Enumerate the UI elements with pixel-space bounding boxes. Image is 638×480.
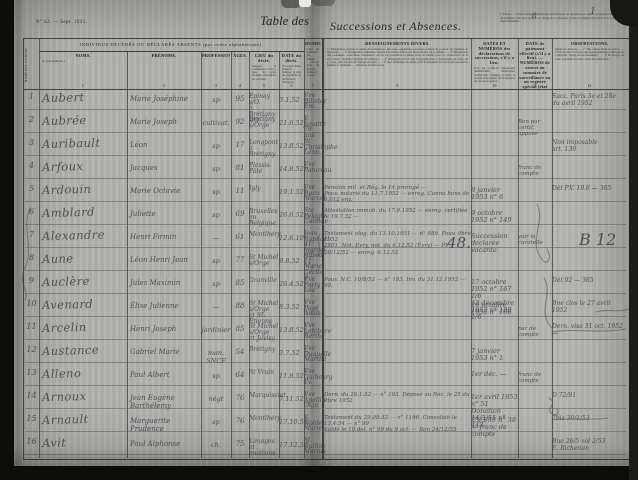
ruled-line bbox=[325, 293, 626, 294]
cell-nom: Arcelin bbox=[39, 319, 130, 335]
column-header-date: DATE du décès.S'il s'agit d'une absence,… bbox=[280, 51, 303, 89]
cell-n: 1 bbox=[24, 92, 39, 101]
cell-date: 14.8.52 bbox=[279, 165, 304, 173]
cell-dates: 9 octobre 1952 n° 149 bbox=[471, 210, 518, 224]
cell-n: 3 bbox=[24, 138, 39, 147]
cell-prenoms: Marie Joseph bbox=[127, 118, 204, 126]
ruled-line bbox=[25, 362, 321, 363]
ruled-line bbox=[25, 408, 321, 409]
cell-n: 16 bbox=[24, 437, 39, 446]
cell-domicile: Vve Duquelle Marthe bbox=[304, 346, 322, 363]
cell-prenoms: Léon bbox=[127, 141, 204, 149]
column-header-note: Pour les certificats (mutations) immatri… bbox=[472, 66, 517, 84]
register-title-left: Table des bbox=[260, 13, 309, 29]
cell-domicile: Vve Patureau bbox=[304, 162, 322, 173]
cell-age: 61 bbox=[231, 233, 249, 241]
cell-prenoms: Juliette bbox=[127, 210, 204, 218]
cell-obs: D 72/91 bbox=[552, 393, 627, 400]
cell-nom: Avenard bbox=[39, 296, 130, 312]
ruled-line bbox=[325, 109, 626, 110]
cell-nom: Aubrée bbox=[39, 112, 130, 128]
cell-age: 95 bbox=[231, 95, 249, 103]
cell-date: 7.11.52 bbox=[279, 395, 304, 403]
column-footnote-number: 4 bbox=[232, 84, 248, 88]
cell-date: 17.10.52 bbox=[279, 418, 304, 426]
column-header-label: PROFESSIONS. bbox=[202, 54, 230, 59]
cell-prof: jardinier bbox=[201, 326, 231, 334]
cell-prof: sp bbox=[201, 188, 231, 196]
cell-prenoms: Gabriel Marie bbox=[127, 348, 204, 356]
cell-rens: Pouv. N.C. 10/8/52 — n° 183. Inv. du 31.… bbox=[324, 277, 471, 289]
ruled-line bbox=[325, 408, 626, 409]
cell-age: 17 bbox=[231, 141, 249, 149]
cell-n: 11 bbox=[24, 322, 39, 331]
column-header-prof: PROFESSIONS.3 bbox=[202, 51, 230, 89]
column-header-dates: DATES ET NUMÉROS des déclarations de suc… bbox=[472, 39, 517, 89]
ruled-line bbox=[25, 178, 321, 179]
cell-domicile: Vve Page Anaïs bbox=[304, 300, 322, 317]
column-header-obs: OBSERVATIONS.Mentions diverses : — 1° De… bbox=[553, 39, 626, 89]
cell-prof: — bbox=[201, 303, 231, 311]
cell-domicile: Vve Forty Léa bbox=[304, 277, 322, 294]
cell-prof: sp bbox=[201, 96, 231, 104]
cell-age: 11 bbox=[231, 187, 249, 195]
cell-date: 13.8.52 bbox=[279, 326, 304, 334]
cell-prof: — bbox=[201, 234, 231, 242]
column-footnote-number: 6 bbox=[280, 84, 303, 88]
cell-lieu: Brétigny bbox=[249, 347, 279, 353]
cell-age: 64 bbox=[231, 371, 249, 379]
column-footnote-number: 1 bbox=[40, 84, 126, 88]
cell-domicile: V. Noblet Marie bbox=[304, 415, 322, 432]
cell-dates: 7 janvier 1953 n° 1 bbox=[471, 348, 518, 362]
cell-paiement: franc de compte bbox=[518, 372, 552, 384]
column-header-label: DATE du décès. bbox=[280, 54, 303, 64]
ruled-line bbox=[25, 339, 321, 340]
column-header-label: LIEU du décès. bbox=[250, 54, 278, 64]
cell-nom: Arnoux bbox=[39, 388, 130, 404]
ruled-line bbox=[325, 224, 626, 225]
cell-age: 77 bbox=[231, 256, 249, 264]
column-header-label: ÂGES. bbox=[232, 54, 248, 59]
cell-prenoms: Léon Henri Jean bbox=[127, 256, 204, 264]
cell-prof: cultivat. bbox=[201, 119, 231, 127]
cell-lieu: St Michel s/Orge bbox=[249, 255, 279, 267]
cell-prof: sp bbox=[201, 280, 231, 288]
cell-lieu: Brétigny s/Orge bbox=[249, 117, 279, 129]
column-footnote-number: 5 bbox=[250, 84, 278, 88]
cell-prof: sp bbox=[201, 211, 231, 219]
cell-n: 7 bbox=[24, 230, 39, 239]
cell-prof: négt bbox=[201, 395, 231, 403]
left-table: INDIVIDUS DÉCÉDÉS OU DÉCLARÉS ABSENTS (p… bbox=[23, 38, 323, 460]
ruled-line bbox=[325, 431, 626, 432]
cell-prof: sp bbox=[201, 418, 231, 426]
cell-dates: 29 octobre 1952 n° 166 bbox=[471, 302, 518, 316]
cell-prenoms: Paul Albert bbox=[127, 371, 204, 379]
cell-lieu: Marquiselet bbox=[249, 393, 279, 399]
cell-n: 10 bbox=[24, 299, 39, 308]
cell-date: 13.8.52 bbox=[279, 142, 304, 150]
cell-domicile: C— bbox=[304, 254, 322, 260]
ruled-line bbox=[325, 155, 626, 156]
cell-age: 76 bbox=[231, 394, 249, 402]
column-header-paiement: DATE de paiement effectif (s'il y a lieu… bbox=[519, 39, 551, 89]
column-footnote-number: 10 bbox=[472, 84, 517, 88]
cell-dates: 8 janvier 1953 n° 6 bbox=[471, 187, 518, 201]
column-header-note: Lieu du domicile du défunt. — S'il est h… bbox=[305, 47, 321, 79]
ruled-line bbox=[25, 224, 321, 225]
cell-nom: Arnault bbox=[39, 411, 130, 427]
column-footnote-number: 2 bbox=[128, 84, 200, 88]
column-header-prenoms: PRÉNOMS.2 bbox=[128, 51, 200, 89]
cell-domicile: Ste Pélagie Corinne bbox=[304, 208, 322, 225]
cell-age: 92 bbox=[231, 118, 249, 126]
column-header-nom: NOMS.(et pour mémoire.)1 bbox=[40, 51, 126, 89]
cell-age: 69 bbox=[231, 210, 249, 218]
cell-rens: Attestation immob. du 17.9.1952 — enreg.… bbox=[324, 208, 471, 220]
printed-nota: (*) Nota. — Pour l'enregistrement des dé… bbox=[500, 13, 622, 24]
cell-n: 5 bbox=[24, 184, 39, 193]
cell-n: 4 bbox=[24, 161, 39, 170]
ruled-line bbox=[325, 316, 626, 317]
cell-prenoms: Jules Maximin bbox=[127, 279, 204, 287]
cell-date: 9.8.52 bbox=[279, 257, 304, 265]
column-header-label: PRÉNOMS. bbox=[128, 54, 200, 59]
column-footnote-number: 9 bbox=[325, 84, 470, 88]
cell-domicile: Vve Guibourg Yv. bbox=[304, 369, 322, 386]
ruled-line bbox=[325, 201, 626, 202]
cell-n: 13 bbox=[24, 368, 39, 377]
cell-obs: 7bis 30/1/53 bbox=[552, 416, 627, 423]
cell-n: 2 bbox=[24, 115, 39, 124]
cell-domicile: Vve Lefébure Berthe bbox=[304, 323, 322, 340]
form-reference: N° 62. — Sept. 1931. bbox=[36, 20, 87, 25]
cell-date: 26.4.52 bbox=[279, 280, 304, 288]
cell-date: 3.7.52 bbox=[279, 349, 304, 357]
column-header-domicile: DOMICILE.Lieu du domicile du défunt. — S… bbox=[305, 39, 321, 89]
cell-nom: Alexandre bbox=[39, 227, 130, 243]
page-number: 1 bbox=[590, 7, 596, 17]
cell-age: 76 bbox=[231, 417, 249, 425]
scan-border-bottom bbox=[0, 466, 638, 480]
cell-rens: Dern. du 26.1.52 — n° 193. Déposé au Réc… bbox=[324, 392, 471, 404]
cell-domicile: Vve Billeter Ém. bbox=[304, 93, 322, 110]
ruled-line bbox=[325, 178, 626, 179]
cell-dates: 1er déc. — bbox=[471, 371, 518, 378]
column-header-label: DATES ET NUMÉROS des déclarations de suc… bbox=[472, 42, 517, 66]
cell-nom: Austance bbox=[39, 342, 130, 358]
cell-nom: Ardouin bbox=[39, 181, 130, 197]
ruled-line bbox=[25, 247, 321, 248]
cell-obs: Bne clos le 27 avril 1952 bbox=[552, 301, 627, 314]
column-header-label: DATE de paiement effectif (s'il y a lieu… bbox=[519, 42, 551, 89]
scan-border-left bbox=[0, 0, 14, 480]
cell-date: 11.8.52 bbox=[279, 372, 304, 380]
cell-prenoms: Henri Joseph bbox=[127, 325, 204, 333]
cell-prof: sp bbox=[201, 257, 231, 265]
cell-nom: Auclère bbox=[39, 273, 130, 289]
cell-date: 21.6.52 bbox=[279, 119, 304, 127]
scanned-register-page: N° 62. — Sept. 1931. Table des Successio… bbox=[0, 0, 638, 480]
ruled-line bbox=[25, 201, 321, 202]
spine-highlight bbox=[299, 0, 311, 7]
cell-prenoms: Jacques bbox=[127, 164, 204, 172]
ruled-line bbox=[25, 316, 321, 317]
cell-lieu: Montlhéry bbox=[249, 416, 279, 422]
page-edge-shadow bbox=[14, 0, 22, 466]
register-title-right: Successions et Absences. bbox=[330, 19, 461, 34]
cell-age: 81 bbox=[231, 164, 249, 172]
cell-age: 88 bbox=[231, 302, 249, 310]
column-header-note: (et pour mémoire.) bbox=[40, 59, 126, 64]
cell-prenoms: Marie Joséphine bbox=[127, 95, 204, 103]
cell-prenoms: Henri Firmin bbox=[127, 233, 204, 241]
cell-prof: sp bbox=[201, 142, 231, 150]
ink-annotation: 48. bbox=[447, 234, 471, 252]
cell-domicile: St Christophe Léop. bbox=[304, 139, 322, 156]
ruled-line bbox=[25, 270, 321, 271]
cell-nom: Auribault bbox=[39, 135, 130, 151]
cell-age: 75 bbox=[231, 440, 249, 448]
cell-obs: Non imposable art. 139 bbox=[552, 140, 627, 153]
cell-nom: Aubert bbox=[39, 89, 130, 105]
column-header-note: Mentions diverses : — 1° Des causes fait… bbox=[553, 47, 626, 62]
cell-n: 9 bbox=[24, 276, 39, 285]
ruled-line bbox=[25, 385, 321, 386]
ruled-line bbox=[25, 431, 321, 432]
cell-lieu: St Vrain bbox=[249, 370, 279, 376]
ruled-line bbox=[325, 362, 626, 363]
bottom-shade bbox=[14, 448, 629, 466]
column-header-age: ÂGES.4 bbox=[232, 51, 248, 89]
column-footnote-number: 11 bbox=[519, 84, 551, 88]
cell-date: 19.1.52 bbox=[279, 188, 304, 196]
column-header-n: NUMÉROS D'ORDRE. bbox=[24, 39, 39, 89]
column-footnote-number: 12 bbox=[553, 84, 626, 88]
ruled-line bbox=[325, 270, 626, 271]
ruled-line bbox=[25, 293, 321, 294]
cell-obs: Dét 92 — 365 bbox=[552, 278, 627, 285]
cell-nom: Alleno bbox=[39, 365, 130, 381]
cell-prenoms: Élise Julienne bbox=[127, 302, 204, 310]
cell-obs: Succ. Paris 3e et 28e du avril 1952 bbox=[552, 94, 627, 107]
cell-prof: sp bbox=[201, 372, 231, 380]
cell-lieu: Granville bbox=[249, 278, 279, 284]
column-header-lieu: LIEU du décès.Indiquer la commune et, s'… bbox=[250, 51, 278, 89]
column-header-rens: RENSEIGNEMENTS DIVERS.1° Désignation, d'… bbox=[325, 39, 470, 89]
cell-n: 12 bbox=[24, 345, 39, 354]
cell-nom: Aune bbox=[39, 250, 130, 266]
cell-date: 12.6.10 bbox=[279, 234, 304, 242]
column-header-note: Indiquer la commune et, s'il y a lieu, l… bbox=[250, 64, 278, 82]
cell-nom: Arfoux bbox=[39, 158, 130, 174]
cell-lieu: Montlhéry bbox=[249, 232, 279, 238]
column-footnote-number: 3 bbox=[202, 84, 230, 88]
cell-paiement: voir la curatelle bbox=[518, 234, 552, 246]
cell-prenoms: Marie Octavie bbox=[127, 187, 204, 195]
ruled-line bbox=[25, 132, 321, 133]
cell-prenoms: Paul Alphonse bbox=[127, 440, 204, 448]
column-header-note: S'il s'agit d'une absence, indiquer la d… bbox=[280, 64, 303, 86]
cell-domicile: Vve Apollin Olga bbox=[304, 392, 322, 409]
cell-n: 8 bbox=[24, 253, 39, 262]
cell-age: 54 bbox=[231, 348, 249, 356]
cell-obs: Dét P.V. 19.6 — 305 bbox=[552, 186, 627, 193]
cell-obs: Dern. visa 31 oct. 1952 — bbox=[552, 324, 627, 337]
cell-n: 14 bbox=[24, 391, 39, 400]
cell-n: 15 bbox=[24, 414, 39, 423]
ruled-line bbox=[25, 109, 321, 110]
right-table: RENSEIGNEMENTS DIVERS.1° Désignation, d'… bbox=[323, 38, 630, 460]
column-footnote-number: 7 bbox=[305, 84, 321, 88]
cell-date: 26.6.52 bbox=[279, 211, 304, 219]
ink-annotation: 8 bbox=[532, 12, 536, 20]
cell-domicile: Vve Ruau Marcel bbox=[304, 185, 322, 202]
ruled-line bbox=[25, 155, 321, 156]
cell-age: 85 bbox=[231, 325, 249, 333]
ink-annotation: B 12 bbox=[579, 230, 616, 249]
cell-paiement: par de compte bbox=[518, 326, 552, 338]
column-header-note: 1° Désignation, d'après la nature de la … bbox=[325, 47, 470, 69]
cell-n: 6 bbox=[24, 207, 39, 216]
cell-lieu: Igly bbox=[249, 186, 279, 192]
ruled-line bbox=[325, 339, 626, 340]
cell-prof: sp bbox=[201, 165, 231, 173]
cell-date: 3.1.52 bbox=[279, 96, 304, 104]
cell-paiement: franc de compte bbox=[518, 165, 552, 177]
scan-border-right bbox=[629, 0, 638, 480]
cell-age: 85 bbox=[231, 279, 249, 287]
scan-smudge bbox=[311, 0, 335, 6]
ruled-line bbox=[325, 132, 626, 133]
cell-nom: Amblard bbox=[39, 204, 130, 220]
ruled-line bbox=[325, 385, 626, 386]
cell-date: 8.3.52 bbox=[279, 303, 304, 311]
cell-lieu: Plessis-Pâté bbox=[249, 163, 279, 175]
